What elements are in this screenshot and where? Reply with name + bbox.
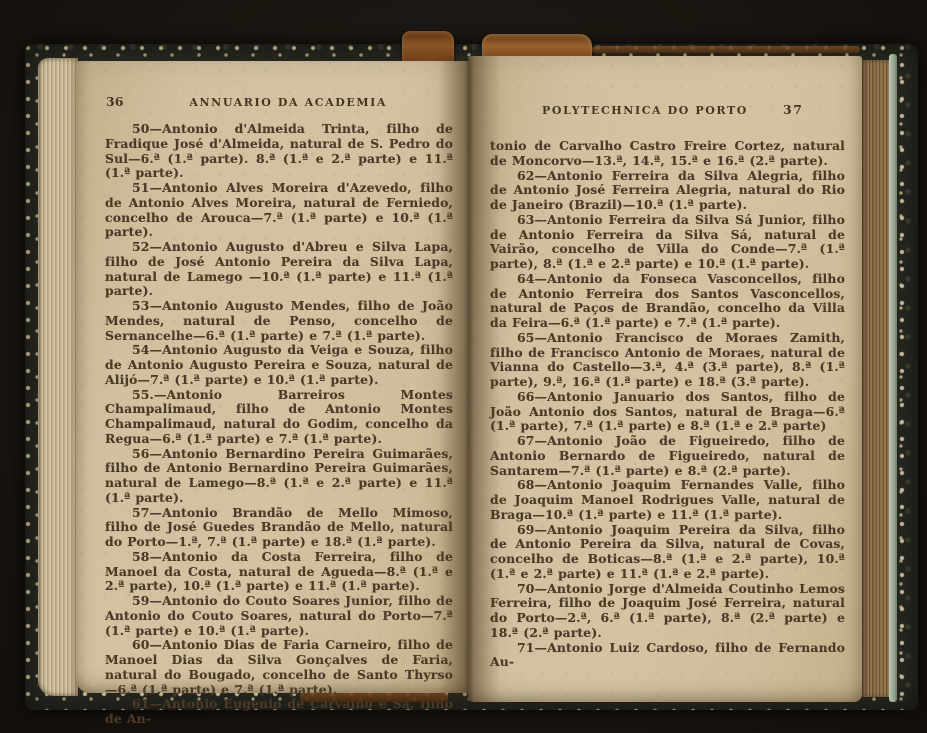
entry-paragraph: 53—Antonio Augusto Mendes, filho de João… — [105, 299, 453, 343]
entry-paragraph: 70—Antonio Jorge d'Almeida Coutinho Lemo… — [490, 582, 845, 641]
entry-paragraph: 54—Antonio Augusto da Veiga e Souza, fil… — [105, 343, 453, 387]
entry-paragraph: 68—Antonio Joaquim Fernandes Valle, filh… — [490, 478, 845, 522]
book-photo: 36 ANNUARIO DA ACADEMIA 50—Antonio d'Alm… — [0, 0, 927, 733]
entry-paragraph: 63—Antonio Ferreira da Silva Sá Junior, … — [490, 213, 845, 272]
entry-paragraph: 57—Antonio Brandão de Mello Mimoso, filh… — [105, 506, 453, 550]
entry-paragraph: 66—Antonio Januario dos Santos, filho de… — [490, 390, 845, 434]
entry-paragraph: 52—Antonio Augusto d'Abreu e Silva Lapa,… — [105, 240, 453, 299]
entry-paragraph: 55.—Antonio Barreiros Montes Champalimau… — [105, 388, 453, 447]
cover-edge-highlight — [889, 54, 897, 702]
left-running-title: ANNUARIO DA ACADEMIA — [123, 96, 453, 109]
page-stack-edge-left — [38, 58, 78, 696]
cover-top-edge — [592, 46, 860, 53]
entry-paragraph: 69—Antonio Joaquim Pereira da Silva, fil… — [490, 523, 845, 582]
left-text-column: 50—Antonio d'Almeida Trinta, filho de Fr… — [105, 122, 453, 627]
entry-paragraph: 65—Antonio Francisco de Moraes Zamith, f… — [490, 331, 845, 390]
right-page-number: 37 — [783, 102, 804, 117]
right-running-header: POLYTECHNICA DO PORTO — [490, 104, 800, 117]
left-page-number: 36 — [106, 94, 123, 109]
right-page: POLYTECHNICA DO PORTO 37 tonio de Carval… — [468, 56, 862, 702]
left-page: 36 ANNUARIO DA ACADEMIA 50—Antonio d'Alm… — [76, 61, 468, 693]
right-running-title: POLYTECHNICA DO PORTO — [490, 104, 800, 117]
entry-paragraph: 60—Antonio Dias de Faria Carneiro, filho… — [105, 638, 453, 697]
entry-paragraph: 64—Antonio da Fonseca Vasconcellos, filh… — [490, 272, 845, 331]
entry-paragraph: tonio de Carvalho Castro Freire Cortez, … — [490, 139, 845, 169]
entry-paragraph: 62—Antonio Ferreira da Silva Alegria, fi… — [490, 169, 845, 213]
spine-leather-left — [402, 31, 454, 63]
entry-paragraph: 51—Antonio Alves Moreira d'Azevedo, filh… — [105, 181, 453, 240]
entry-paragraph: 71—Antonio Luiz Cardoso, filho de Fernan… — [490, 641, 845, 671]
left-running-header: 36 ANNUARIO DA ACADEMIA — [106, 94, 453, 109]
right-text-column: tonio de Carvalho Castro Freire Cortez, … — [490, 139, 845, 659]
entry-paragraph: 58—Antonio da Costa Ferreira, filho de M… — [105, 550, 453, 594]
entry-paragraph: 50—Antonio d'Almeida Trinta, filho de Fr… — [105, 122, 453, 181]
entry-paragraph: 56—Antonio Bernardino Pereira Guimarães,… — [105, 447, 453, 506]
entry-paragraph: 67—Antonio João de Figueiredo, filho de … — [490, 434, 845, 478]
entry-paragraph: 59—Antonio do Couto Soares Junior, filho… — [105, 594, 453, 638]
page-stack-edge-right — [861, 60, 891, 697]
cover-bottom-edge — [300, 693, 448, 702]
